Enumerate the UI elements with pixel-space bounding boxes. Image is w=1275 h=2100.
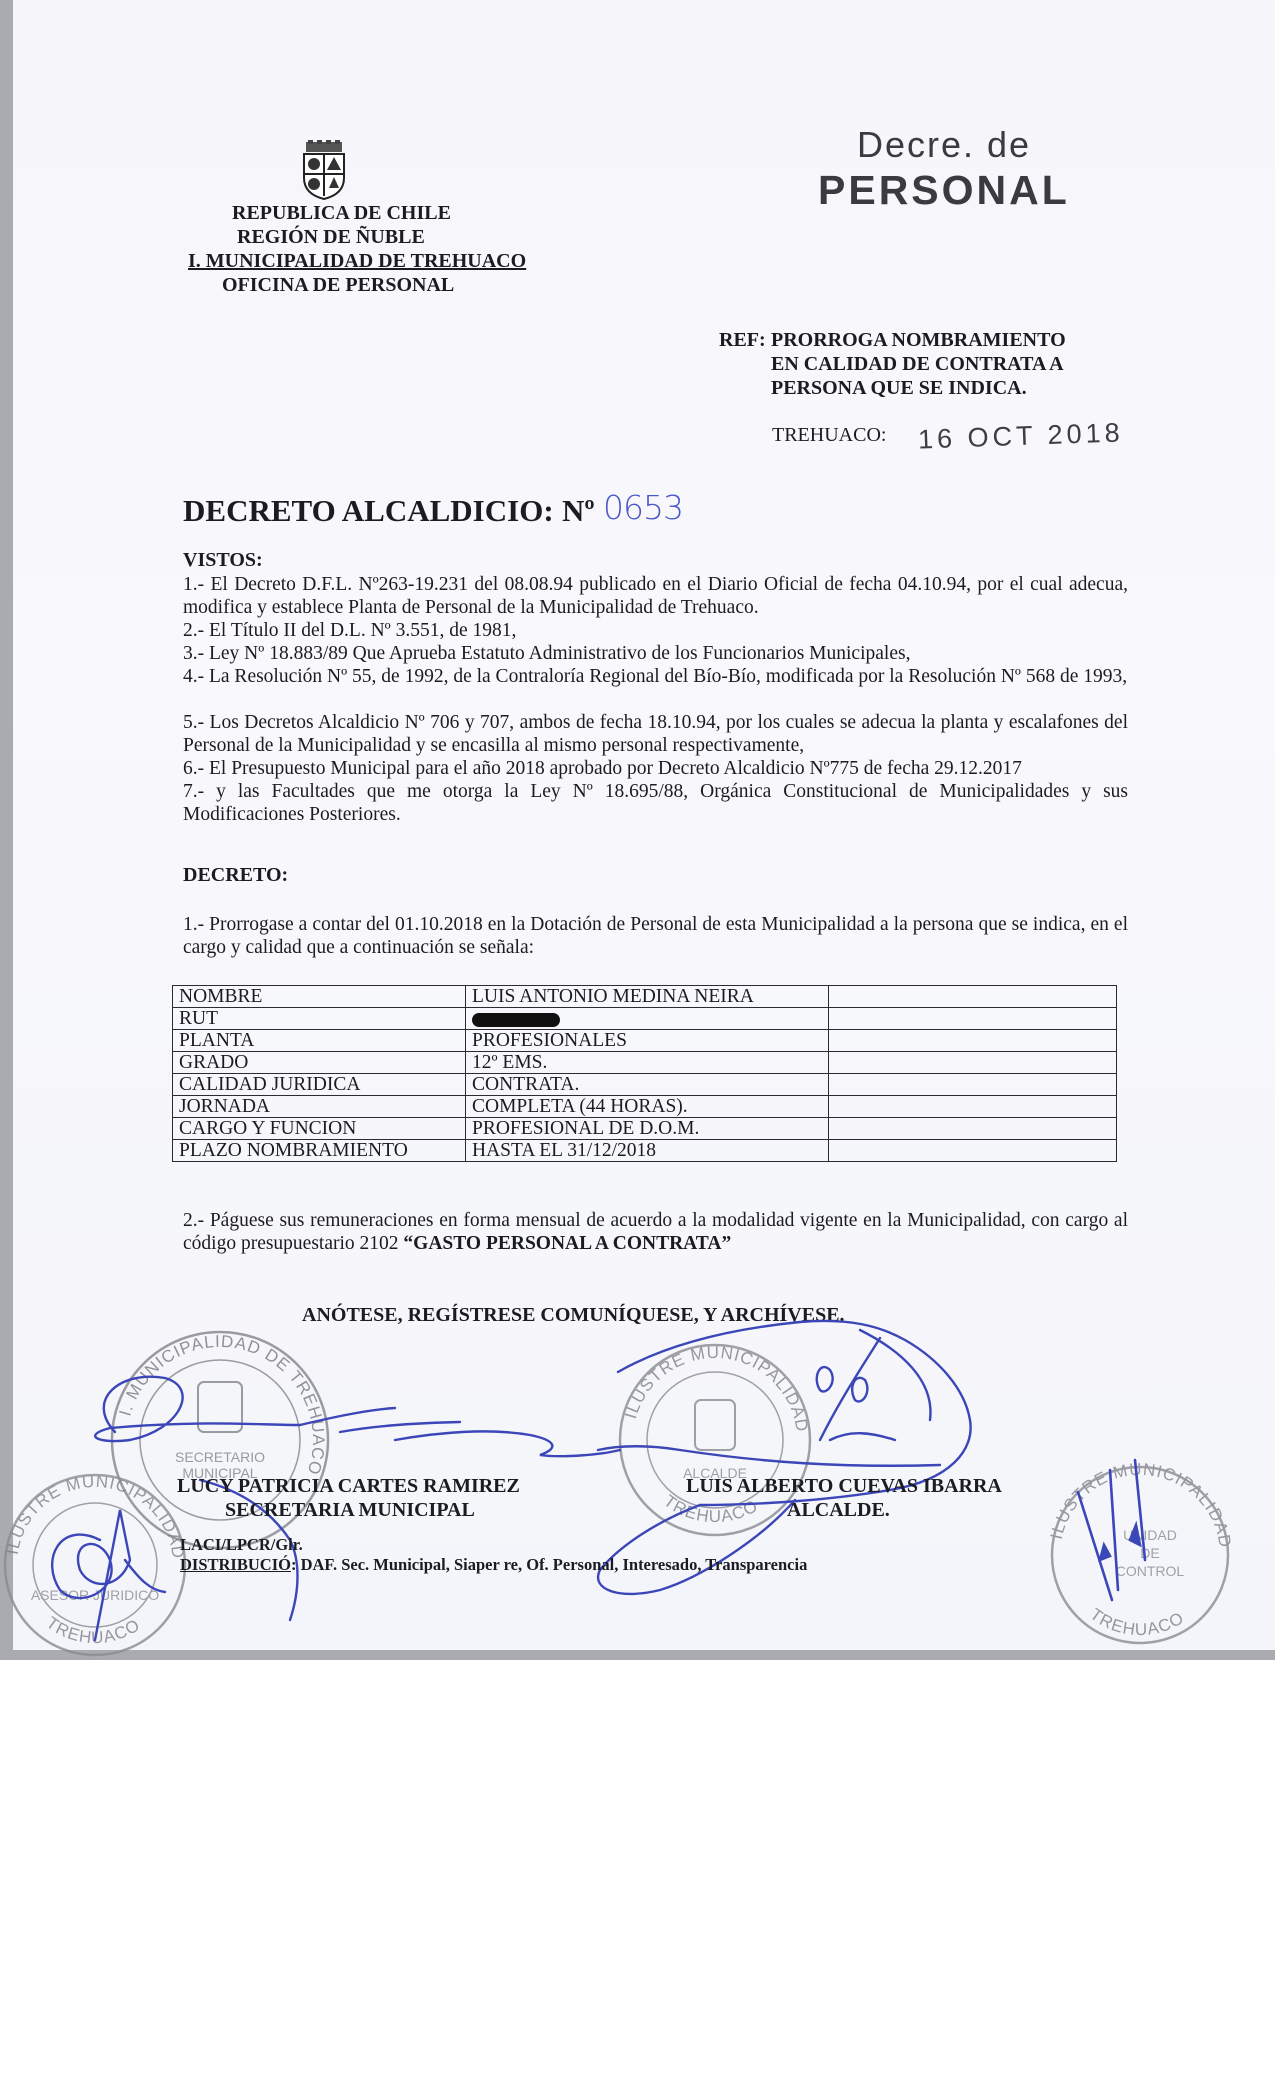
table-cell-empty bbox=[829, 1118, 1117, 1140]
table-row: PLANTAPROFESIONALES bbox=[173, 1030, 1117, 1052]
table-cell-value: CONTRATA. bbox=[466, 1074, 829, 1096]
municipal-coat-of-arms-icon bbox=[300, 140, 348, 200]
decreto-item-2: 2.- Páguese sus remuneraciones en forma … bbox=[183, 1209, 1128, 1255]
table-cell-empty bbox=[829, 1030, 1117, 1052]
mayor-role: ALCALDE. bbox=[787, 1499, 890, 1522]
closing-formula: ANÓTESE, REGÍSTRESE COMUNÍQUESE, Y ARCHÍ… bbox=[302, 1304, 845, 1327]
table-cell-value: HASTA EL 31/12/2018 bbox=[466, 1140, 829, 1162]
place-label: TREHUACO: bbox=[772, 424, 886, 447]
table-row: PLAZO NOMBRAMIENTOHASTA EL 31/12/2018 bbox=[173, 1140, 1117, 1162]
table-cell-empty bbox=[829, 1096, 1117, 1118]
decreto-heading: DECRETO: bbox=[183, 864, 288, 887]
table-cell-label: CARGO Y FUNCION bbox=[173, 1118, 466, 1140]
table-row: CALIDAD JURIDICACONTRATA. bbox=[173, 1074, 1117, 1096]
reference-line-2: EN CALIDAD DE CONTRATA A bbox=[771, 353, 1064, 377]
table-cell-label: RUT bbox=[173, 1008, 466, 1030]
decree-number: 0653 bbox=[603, 488, 683, 527]
table-cell-empty bbox=[829, 986, 1117, 1008]
table-cell-value: COMPLETA (44 HORAS). bbox=[466, 1096, 829, 1118]
vistos-heading: VISTOS: bbox=[183, 549, 263, 572]
distribution-list: : DAF. Sec. Municipal, Siaper re, Of. Pe… bbox=[291, 1555, 807, 1574]
vistos-item-5: 5.- Los Decretos Alcaldicio Nº 706 y 707… bbox=[183, 711, 1128, 757]
vistos-item-3: 3.- Ley Nº 18.883/89 Que Aprueba Estatut… bbox=[183, 642, 1128, 665]
reference-label: REF: bbox=[719, 329, 766, 353]
table-cell-empty bbox=[829, 1074, 1117, 1096]
header-country: REPUBLICA DE CHILE bbox=[232, 201, 451, 225]
appointment-table: NOMBRELUIS ANTONIO MEDINA NEIRARUTPLANTA… bbox=[172, 985, 1117, 1162]
footer-initials: LACI/LPCR/Glr. bbox=[180, 1535, 303, 1555]
table-cell-value bbox=[466, 1008, 829, 1030]
header-office: OFICINA DE PERSONAL bbox=[222, 273, 454, 297]
distribution-label: DISTRIBUCIÓ bbox=[180, 1555, 291, 1574]
decreto-item-1: 1.- Prorrogase a contar del 01.10.2018 e… bbox=[183, 913, 1128, 959]
reference-line-3: PERSONA QUE SE INDICA. bbox=[771, 377, 1027, 401]
table-cell-label: PLANTA bbox=[173, 1030, 466, 1052]
table-cell-value: LUIS ANTONIO MEDINA NEIRA bbox=[466, 986, 829, 1008]
header-region: REGIÓN DE ÑUBLE bbox=[237, 225, 425, 249]
table-row: GRADO12º EMS. bbox=[173, 1052, 1117, 1074]
decree-type-stamp-line2: PERSONAL bbox=[818, 167, 1070, 214]
decree-number-label: Nº bbox=[562, 493, 595, 529]
vistos-item-7: 7.- y las Facultades que me otorga la Le… bbox=[183, 780, 1128, 826]
table-row: JORNADACOMPLETA (44 HORAS). bbox=[173, 1096, 1117, 1118]
table-cell-label: GRADO bbox=[173, 1052, 466, 1074]
table-row: NOMBRELUIS ANTONIO MEDINA NEIRA bbox=[173, 986, 1117, 1008]
mayor-name: LUIS ALBERTO CUEVAS IBARRA bbox=[686, 1475, 1002, 1498]
redaction-mark bbox=[472, 1013, 560, 1027]
table-cell-label: JORNADA bbox=[173, 1096, 466, 1118]
table-cell-label: CALIDAD JURIDICA bbox=[173, 1074, 466, 1096]
vistos-item-2: 2.- El Título II del D.L. Nº 3.551, de 1… bbox=[183, 619, 1128, 642]
table-cell-empty bbox=[829, 1008, 1117, 1030]
vistos-item-6: 6.- El Presupuesto Municipal para el año… bbox=[183, 757, 1128, 780]
decree-type-stamp-line1: Decre. de bbox=[857, 124, 1031, 166]
table-row: RUT bbox=[173, 1008, 1117, 1030]
table-cell-value: 12º EMS. bbox=[466, 1052, 829, 1074]
vistos-item-4: 4.- La Resolución Nº 55, de 1992, de la … bbox=[183, 665, 1128, 688]
footer-distribution: DISTRIBUCIÓ: DAF. Sec. Municipal, Siaper… bbox=[180, 1555, 807, 1575]
table-row: CARGO Y FUNCIONPROFESIONAL DE D.O.M. bbox=[173, 1118, 1117, 1140]
table-cell-empty bbox=[829, 1140, 1117, 1162]
table-cell-empty bbox=[829, 1052, 1117, 1074]
reference-line-1: PRORROGA NOMBRAMIENTO bbox=[771, 329, 1066, 353]
secretary-name: LUCY PATRICIA CARTES RAMIREZ bbox=[177, 1475, 520, 1498]
table-cell-value: PROFESIONAL DE D.O.M. bbox=[466, 1118, 829, 1140]
secretary-role: SECRETARIA MUNICIPAL bbox=[225, 1499, 475, 1522]
header-municipality: I. MUNICIPALIDAD DE TREHUACO bbox=[188, 249, 526, 273]
vistos-item-1: 1.- El Decreto D.F.L. Nº263-19.231 del 0… bbox=[183, 573, 1128, 619]
budget-code-name: “GASTO PERSONAL A CONTRATA” bbox=[403, 1233, 731, 1254]
table-cell-value: PROFESIONALES bbox=[466, 1030, 829, 1052]
table-cell-label: NOMBRE bbox=[173, 986, 466, 1008]
decree-title: DECRETO ALCALDICIO: bbox=[183, 493, 554, 529]
table-cell-label: PLAZO NOMBRAMIENTO bbox=[173, 1140, 466, 1162]
